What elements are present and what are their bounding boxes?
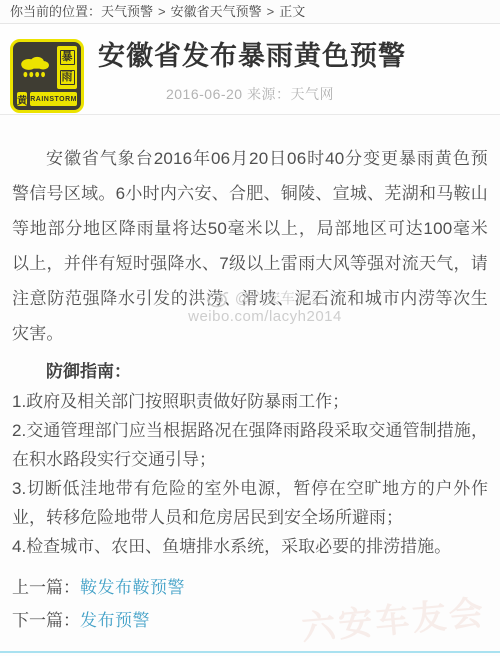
guide-item-1: 1.政府及相关部门按照职责做好防暴雨工作； bbox=[12, 387, 488, 416]
warning-char-yu: 雨 bbox=[60, 70, 75, 85]
next-article-link[interactable]: 发布预警 bbox=[80, 611, 150, 630]
breadcrumb-separator: > bbox=[267, 4, 275, 19]
breadcrumb-prefix: 你当前的位置： bbox=[10, 4, 101, 19]
source-name: 天气网 bbox=[291, 86, 335, 102]
page-title: 安徽省发布暴雨黄色预警 bbox=[98, 38, 490, 74]
breadcrumb-separator: > bbox=[158, 4, 166, 19]
rain-cloud-icon bbox=[17, 46, 54, 89]
breadcrumb-link-weather-warning[interactable]: 天气预警 bbox=[101, 4, 153, 19]
guide-item-3: 3.切断低洼地带有危险的室外电源，暂停在空旷地方的户外作业，转移危险地带人员和危… bbox=[12, 474, 488, 532]
article-header: 暴 雨 黄 RAINSTORM 安徽省发布暴雨黄色预警 2016-06-20 来… bbox=[0, 24, 500, 115]
next-article-row: 下一篇：发布预警 bbox=[12, 606, 488, 636]
breadcrumb-link-anhui-weather-warning[interactable]: 安徽省天气预警 bbox=[171, 4, 262, 19]
guide-item-4: 4.检查城市、农田、鱼塘排水系统，采取必要的排涝措施。 bbox=[12, 532, 488, 561]
warning-level-char: 黄 bbox=[17, 92, 27, 106]
source-label: 来源： bbox=[247, 86, 291, 102]
warning-char-bao: 暴 bbox=[60, 50, 75, 65]
prev-article-row: 上一篇：鞍发布鞍预警 bbox=[12, 573, 488, 603]
guide-item-2: 2.交通管理部门应当根据路况在强降雨路段采取交通管制措施，在积水路段实行交通引导… bbox=[12, 416, 488, 474]
warning-english-label: RAINSTORM bbox=[30, 92, 77, 106]
prev-label: 上一篇： bbox=[12, 578, 80, 597]
article-nav: 上一篇：鞍发布鞍预警 下一篇：发布预警 bbox=[0, 561, 500, 636]
bottom-accent-line bbox=[0, 651, 500, 653]
article-date: 2016-06-20 bbox=[166, 86, 243, 102]
article-paragraph: 安徽省气象台2016年06月20日06时40分变更暴雨黄色预警信号区域。6小时内… bbox=[12, 141, 488, 351]
prev-article-link[interactable]: 鞍发布鞍预警 bbox=[80, 578, 185, 597]
breadcrumb-link-article[interactable]: 正文 bbox=[279, 4, 305, 19]
breadcrumb: 你当前的位置：天气预警>安徽省天气预警>正文 bbox=[0, 0, 500, 24]
rainstorm-yellow-warning-icon: 暴 雨 黄 RAINSTORM bbox=[10, 39, 84, 113]
weather-warning-article-page: 你当前的位置：天气预警>安徽省天气预警>正文 bbox=[0, 0, 500, 656]
next-label: 下一篇： bbox=[12, 611, 80, 630]
warning-label-chars: 暴 雨 bbox=[57, 46, 77, 89]
article-body: 安徽省气象台2016年06月20日06时40分变更暴雨黄色预警信号区域。6小时内… bbox=[0, 115, 500, 561]
guide-heading: 防御指南： bbox=[12, 357, 488, 387]
